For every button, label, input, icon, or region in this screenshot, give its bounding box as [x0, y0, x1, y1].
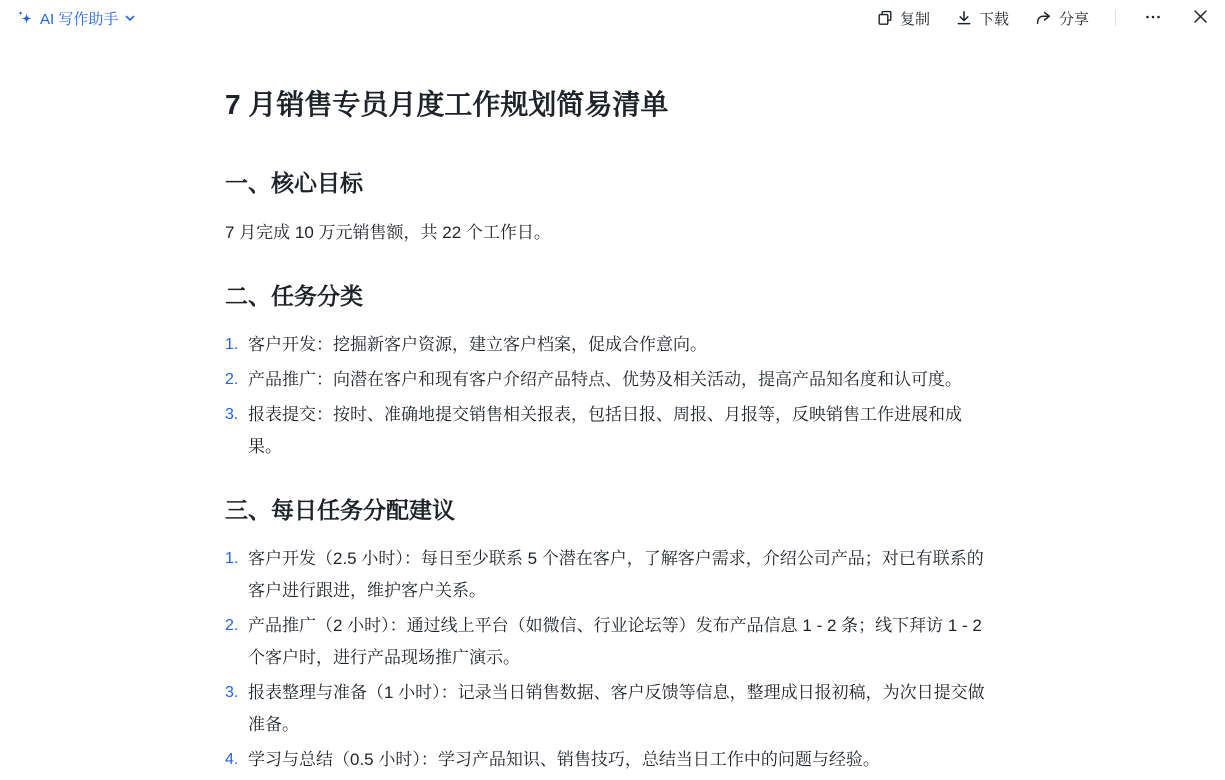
list-item-text: 学习与总结（0.5 小时）：学习产品知识、销售技巧，总结当日工作中的问题与经验。: [248, 744, 990, 776]
list-item-number: 1.: [225, 543, 248, 575]
close-button[interactable]: [1190, 6, 1211, 30]
list-item: 2. 产品推广：向潜在客户和现有客户介绍产品特点、优势及相关活动，提高产品知名度…: [225, 364, 990, 396]
list-item-number: 1.: [225, 329, 248, 361]
section-daily-tasks: 三、每日任务分配建议 1. 客户开发（2.5 小时）：每日至少联系 5 个潜在客…: [225, 495, 990, 776]
section-heading: 一、核心目标: [225, 168, 990, 198]
sparkle-icon: [16, 9, 34, 27]
copy-button[interactable]: 复制: [877, 8, 930, 29]
share-button[interactable]: 分享: [1035, 8, 1089, 29]
daily-task-list: 1. 客户开发（2.5 小时）：每日至少联系 5 个潜在客户，了解客户需求，介绍…: [225, 543, 990, 776]
list-item: 3. 报表提交：按时、准确地提交销售相关报表，包括日报、周报、月报等，反映销售工…: [225, 399, 990, 463]
list-item-number: 3.: [225, 677, 248, 709]
list-item: 4. 学习与总结（0.5 小时）：学习产品知识、销售技巧，总结当日工作中的问题与…: [225, 744, 990, 776]
share-icon: [1035, 10, 1052, 26]
download-icon: [956, 10, 972, 26]
close-icon: [1192, 8, 1209, 28]
list-item-number: 4.: [225, 744, 248, 776]
section-heading: 二、任务分类: [225, 281, 990, 311]
list-item: 2. 产品推广（2 小时）：通过线上平台（如微信、行业论坛等）发布产品信息 1 …: [225, 610, 990, 674]
toolbar-divider: [1115, 10, 1116, 26]
assistant-label: AI 写作助手: [40, 8, 118, 29]
section-core-goal: 一、核心目标 7 月完成 10 万元销售额，共 22 个工作日。: [225, 168, 990, 249]
list-item-text: 报表整理与准备（1 小时）：记录当日销售数据、客户反馈等信息，整理成日报初稿，为…: [248, 677, 990, 741]
section-heading: 三、每日任务分配建议: [225, 495, 990, 525]
toolbar-actions: 复制 下载 分享: [877, 6, 1211, 30]
list-item-number: 3.: [225, 399, 248, 431]
share-label: 分享: [1059, 8, 1089, 29]
more-button[interactable]: [1142, 7, 1164, 30]
list-item-number: 2.: [225, 610, 248, 642]
copy-label: 复制: [900, 8, 930, 29]
section-task-categories: 二、任务分类 1. 客户开发：挖掘新客户资源，建立客户档案，促成合作意向。 2.…: [225, 281, 990, 463]
download-button[interactable]: 下载: [956, 8, 1009, 29]
list-item-text: 产品推广：向潜在客户和现有客户介绍产品特点、优势及相关活动，提高产品知名度和认可…: [248, 364, 990, 396]
list-item-text: 客户开发：挖掘新客户资源，建立客户档案，促成合作意向。: [248, 329, 990, 361]
section-paragraph: 7 月完成 10 万元销售额，共 22 个工作日。: [225, 216, 990, 249]
list-item-number: 2.: [225, 364, 248, 396]
toolbar: AI 写作助手 复制 下载: [0, 0, 1225, 36]
document-title: 7 月销售专员月度工作规划简易清单: [225, 88, 990, 122]
list-item-text: 产品推广（2 小时）：通过线上平台（如微信、行业论坛等）发布产品信息 1 - 2…: [248, 610, 990, 674]
assistant-mode-selector[interactable]: AI 写作助手: [16, 8, 136, 29]
download-label: 下载: [979, 8, 1009, 29]
copy-icon: [877, 10, 893, 26]
list-item: 1. 客户开发：挖掘新客户资源，建立客户档案，促成合作意向。: [225, 329, 990, 361]
task-category-list: 1. 客户开发：挖掘新客户资源，建立客户档案，促成合作意向。 2. 产品推广：向…: [225, 329, 990, 463]
list-item: 3. 报表整理与准备（1 小时）：记录当日销售数据、客户反馈等信息，整理成日报初…: [225, 677, 990, 741]
document-content: 7 月销售专员月度工作规划简易清单 一、核心目标 7 月完成 10 万元销售额，…: [225, 36, 990, 776]
list-item: 1. 客户开发（2.5 小时）：每日至少联系 5 个潜在客户，了解客户需求，介绍…: [225, 543, 990, 607]
more-dots-icon: [1144, 9, 1162, 28]
list-item-text: 客户开发（2.5 小时）：每日至少联系 5 个潜在客户，了解客户需求，介绍公司产…: [248, 543, 990, 607]
list-item-text: 报表提交：按时、准确地提交销售相关报表，包括日报、周报、月报等，反映销售工作进展…: [248, 399, 990, 463]
chevron-down-icon: [124, 12, 136, 24]
